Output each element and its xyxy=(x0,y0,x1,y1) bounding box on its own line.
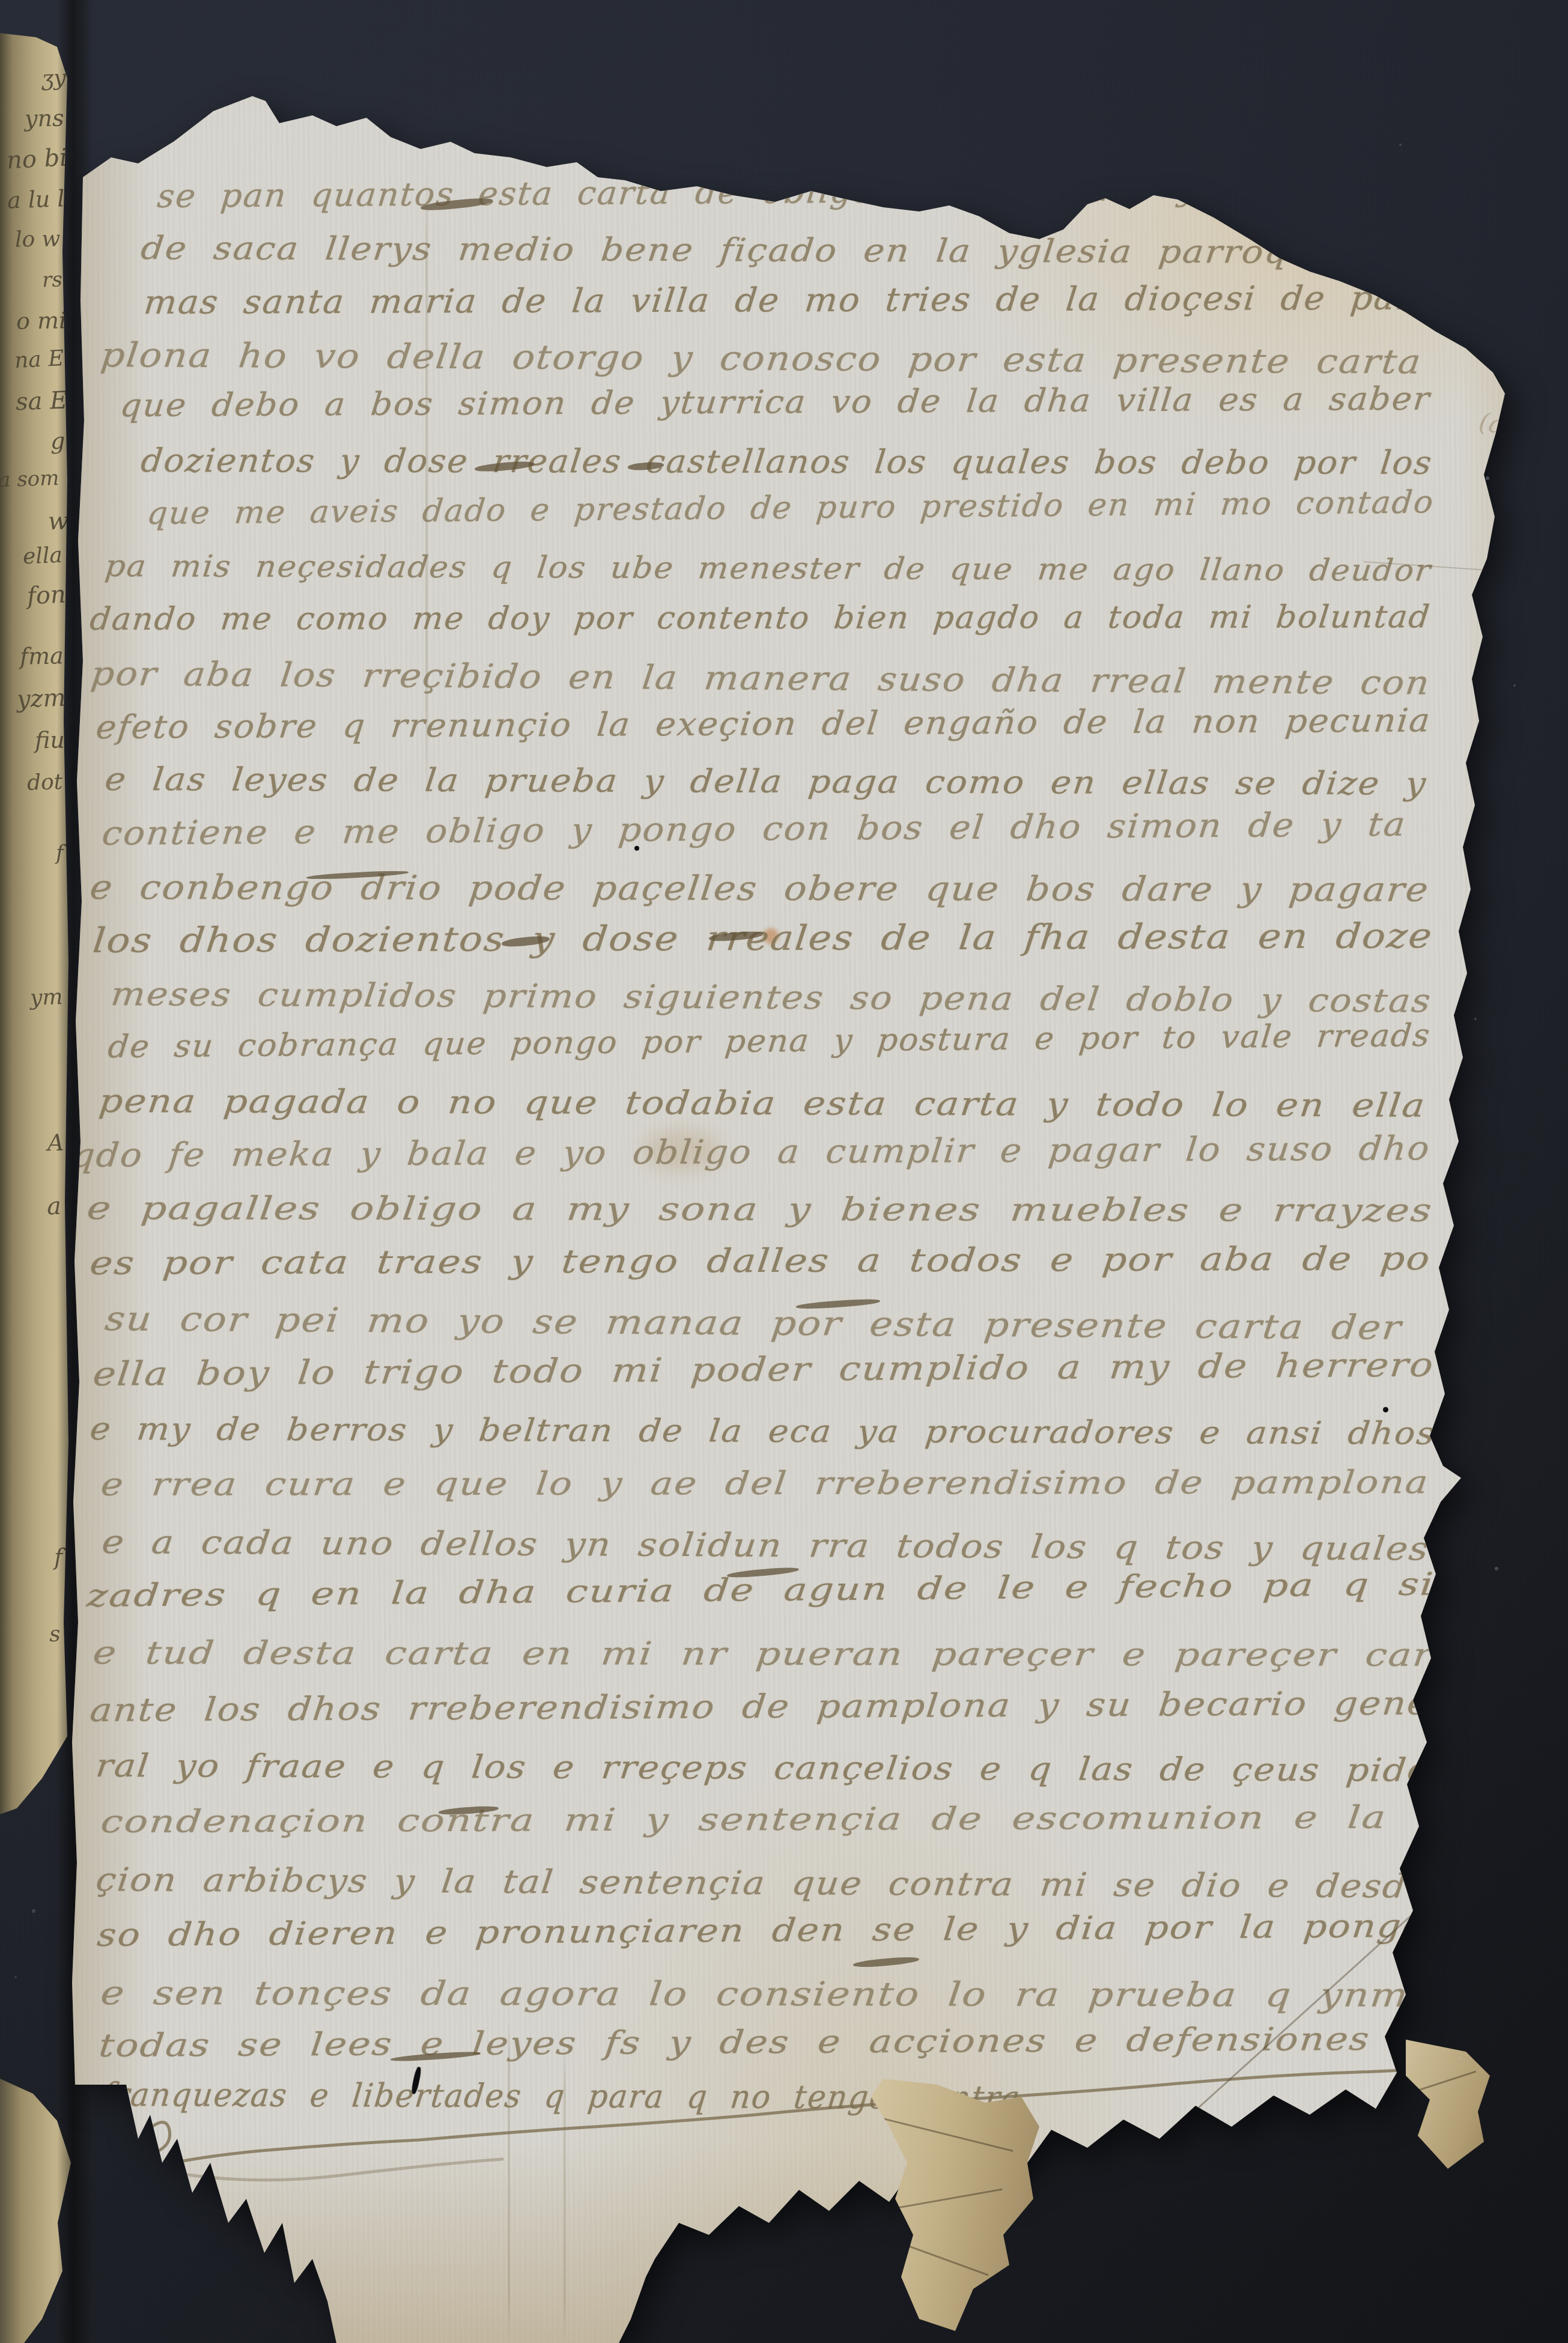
manuscript-text-line: e sen tonçes da agora lo consiento lo ra… xyxy=(99,1974,1425,2014)
manuscript-page: + 133 (a se pan quantos esta carta de ob… xyxy=(54,0,1538,2343)
manuscript-text-line: e a cada uno dellos yn solidun rra todos… xyxy=(100,1523,1432,1568)
previous-page-text-fragment: lo w xyxy=(14,226,60,252)
manuscript-text-line: e pagalles obligo a my sona y bienes mue… xyxy=(85,1190,1435,1229)
manuscript-text-line: so dho dieren e pronunçiaren den se le y… xyxy=(96,1908,1427,1954)
manuscript-text-line: ella boy lo trigo todo mi poder cumplido… xyxy=(91,1345,1436,1393)
dust-specks xyxy=(0,0,1,1)
manuscript-text-line: e las leyes de la prueba y della paga co… xyxy=(103,761,1429,803)
pinhole xyxy=(634,846,639,851)
manuscript-text-line: pena pagada o no que todabia esta carta … xyxy=(97,1082,1428,1125)
manuscript-text-line: dozientos y dose rreales castellanos los… xyxy=(139,442,1435,482)
manuscript-text-line: plona ho vo della otorgo y conosco por e… xyxy=(99,336,1424,382)
manuscript-text-line: çion arbibcys y la tal sentençia que con… xyxy=(94,1861,1432,1906)
manuscript-text-line: que me aveis dado e prestado de puro pre… xyxy=(145,484,1436,532)
manuscript-text-line: todas se lees e leyes fs y des e acçione… xyxy=(97,2020,1424,2064)
previous-page-text-fragment: ya som xyxy=(0,466,59,493)
manuscript-text-line: pa mis neçesidades q los ube menester de… xyxy=(103,549,1433,588)
manuscript-text-line: e tud desta carta en mi nr pueran pareçe… xyxy=(91,1635,1435,1674)
edge-ink-mark: (a xyxy=(1477,407,1506,440)
manuscript-text-line: de saca llerys medio bene fiçado en la y… xyxy=(139,230,1435,272)
manuscript-text-line: condenaçion contra mi y sentençia de esc… xyxy=(99,1800,1388,1840)
manuscript-text-line: e conbengo drio pode paçelles obere que … xyxy=(88,868,1432,910)
manuscript-text-line: meses cumplidos primo siguientes so pena… xyxy=(109,975,1434,1020)
manuscript-text-line: los dhos dozientos y dose rreales de la … xyxy=(91,916,1435,961)
fold-crease xyxy=(508,2019,510,2343)
manuscript-text-line: ante los dhos rreberendisimo de pamplona… xyxy=(88,1684,1432,1729)
shred-crease xyxy=(904,2243,989,2276)
manuscript-text-line: de su cobrança que pongo por pena y post… xyxy=(106,1018,1432,1065)
manuscript-text-line: se pan quantos esta carta de obligon vie… xyxy=(156,168,1433,215)
manuscript-leaf-wrap: + 133 (a se pan quantos esta carta de ob… xyxy=(54,0,1538,2343)
photo-stage: ʒyynsno bia lu llo wrso mina Esa Egya so… xyxy=(0,0,1568,2343)
shred-crease xyxy=(884,2189,1002,2211)
manuscript-text-line: e my de berros y beltran de la eca ya pr… xyxy=(88,1411,1438,1452)
invocation-cross: + xyxy=(762,59,807,121)
manuscript-text-line: efeto sobre q rrenunçio la exeçion del e… xyxy=(94,701,1433,746)
manuscript-text-line: ral yo fraae e q los e rreçeps cançelios… xyxy=(94,1748,1432,1789)
manuscript-text-line: es por cata traes y tengo dalles a todos… xyxy=(88,1239,1433,1282)
manuscript-text-line: qdo fe meka y bala e yo obligo a cumplir… xyxy=(70,1129,1432,1175)
manuscript-text-line: contiene e me obligo y pongo con bos el … xyxy=(100,805,1408,852)
manuscript-text-line: por aba los rreçibido en la manera suso … xyxy=(89,654,1432,702)
manuscript-text-line: mas santa maria de la villa de mo tries … xyxy=(142,279,1432,321)
manuscript-text-line: que debo a bos simon de yturrica vo de l… xyxy=(118,381,1432,424)
manuscript-text-line: dando me como me doy por contento bien p… xyxy=(88,599,1432,637)
pinhole xyxy=(1383,1407,1388,1412)
manuscript-text-line: su cor pei mo yo se manaa por esta prese… xyxy=(103,1299,1404,1348)
ink-blot xyxy=(853,1956,920,1969)
folio-number: 133 xyxy=(1134,79,1297,147)
manuscript-text-line: e rrea cura e que lo y ae del rreberendi… xyxy=(99,1464,1431,1503)
